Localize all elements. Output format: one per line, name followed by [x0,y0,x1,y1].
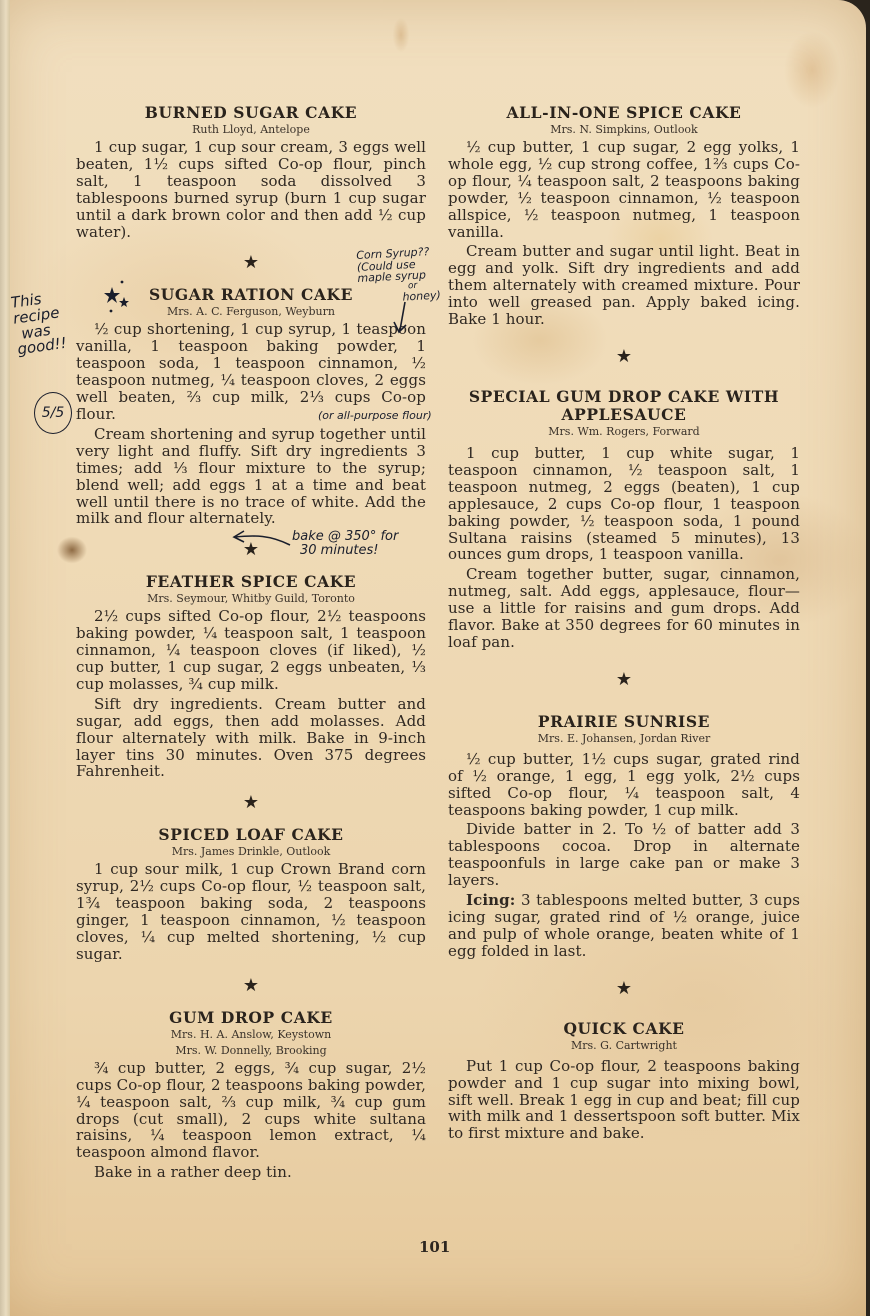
recipe-title: QUICK CAKE [448,1020,800,1038]
recipe-sugar-ration-cake: SUGAR RATION CAKE Mrs. A. C. Ferguson, W… [76,286,426,527]
star-separator-icon: ★ [448,980,800,998]
recipe-title: SPICED LOAF CAKE [76,826,426,844]
recipe-author: Mrs. G. Cartwright [448,1039,800,1053]
handwritten-flour-note: (or all-purpose flour) [318,410,432,422]
recipe-title: SPECIAL GUM DROP CAKE WITH APPLESAUCE [448,388,800,424]
recipe-ingredients: ½ cup butter, 1½ cups sugar, grated rind… [448,751,800,819]
star-separator-icon: ★ [76,794,426,812]
recipe-author: Mrs. H. A. Anslow, Keystown [76,1028,426,1042]
recipe-feather-spice-cake: FEATHER SPICE CAKE Mrs. Seymour, Whitby … [76,573,426,780]
icing-label: Icing: [466,891,515,909]
recipe-ingredients: 1 cup sugar, 1 cup sour cream, 3 eggs we… [76,139,426,240]
recipe-title: ALL-IN-ONE SPICE CAKE [448,104,800,122]
recipe-ingredients: ½ cup butter, 1 cup sugar, 2 egg yolks, … [448,139,800,240]
recipe-author: Mrs. Seymour, Whitby Guild, Toronto [76,592,426,606]
recipe-quick-cake: QUICK CAKE Mrs. G. Cartwright Put 1 cup … [448,1020,800,1143]
recipe-gum-drop-cake: GUM DROP CAKE Mrs. H. A. Anslow, Keystow… [76,1009,426,1181]
recipe-title: BURNED SUGAR CAKE [76,104,426,122]
handwritten-review-note: This recipe was good!! [10,289,68,358]
recipe-author: Mrs. N. Simpkins, Outlook [448,123,800,137]
recipe-method: Put 1 cup Co-op flour, 2 teaspoons bakin… [448,1058,800,1143]
recipe-method: Sift dry ingredients. Cream butter and s… [76,696,426,781]
recipe-author: Mrs. E. Johansen, Jordan River [448,732,800,746]
rating-circle: 5/5 [34,392,72,434]
handwritten-bake-note: bake @ 350° for 30 minutes! [292,530,398,557]
note-line: good!! [17,336,68,358]
recipe-method: Bake in a rather deep tin. [76,1164,426,1181]
recipe-author: Ruth Lloyd, Antelope [76,123,426,137]
recipe-ingredients: 1 cup sour milk, 1 cup Crown Brand corn … [76,861,426,962]
recipe-author: Mrs. Wm. Rogers, Forward [448,425,800,439]
star-separator-icon: ★ [448,348,800,366]
recipe-method: Cream together butter, sugar, cinnamon, … [448,566,800,651]
recipe-ingredients: ½ cup shortening, 1 cup syrup, 1 teaspoo… [76,321,426,422]
page-number: 101 [419,1238,450,1256]
recipe-special-gum-drop-cake: SPECIAL GUM DROP CAKE WITH APPLESAUCE Mr… [448,388,800,651]
recipe-burned-sugar-cake: BURNED SUGAR CAKE Ruth Lloyd, Antelope 1… [76,104,426,240]
recipe-author: Mrs. A. C. Ferguson, Weyburn [76,305,426,319]
recipe-method: Cream butter and sugar until light. Beat… [448,243,800,328]
recipe-title: GUM DROP CAKE [76,1009,426,1027]
recipe-icing: Icing: 3 tablespoons melted butter, 3 cu… [448,892,800,960]
recipe-ingredients: 1 cup butter, 1 cup white sugar, 1 teasp… [448,445,800,563]
star-separator-icon: ★ [76,977,426,995]
recipe-method: Cream shortening and syrup together unti… [76,426,426,527]
note-line: bake @ 350° for [292,530,398,544]
book-spine-edge [0,0,10,1316]
recipe-title: FEATHER SPICE CAKE [76,573,426,591]
handwritten-syrup-note: Corn Syrup?? (Could use maple syrup or h… [356,246,441,306]
recipe-all-in-one-spice-cake: ALL-IN-ONE SPICE CAKE Mrs. N. Simpkins, … [448,104,800,328]
cookbook-page: BURNED SUGAR CAKE Ruth Lloyd, Antelope 1… [0,0,866,1316]
recipe-author: Mrs. W. Donnelly, Brooking [76,1044,426,1058]
recipe-ingredients: 2½ cups sifted Co-op flour, 2½ teaspoons… [76,608,426,693]
note-line: 30 minutes! [292,544,398,558]
star-separator-icon: ★ [448,671,800,689]
recipe-author: Mrs. James Drinkle, Outlook [76,845,426,859]
recipe-method: Divide batter in 2. To ½ of batter add 3… [448,821,800,889]
recipe-spiced-loaf-cake: SPICED LOAF CAKE Mrs. James Drinkle, Out… [76,826,426,962]
recipe-title: PRAIRIE SUNRISE [448,713,800,731]
right-column: ALL-IN-ONE SPICE CAKE Mrs. N. Simpkins, … [448,104,800,1145]
recipe-prairie-sunrise: PRAIRIE SUNRISE Mrs. E. Johansen, Jordan… [448,713,800,960]
recipe-ingredients: ¾ cup butter, 2 eggs, ¾ cup sugar, 2½ cu… [76,1060,426,1161]
